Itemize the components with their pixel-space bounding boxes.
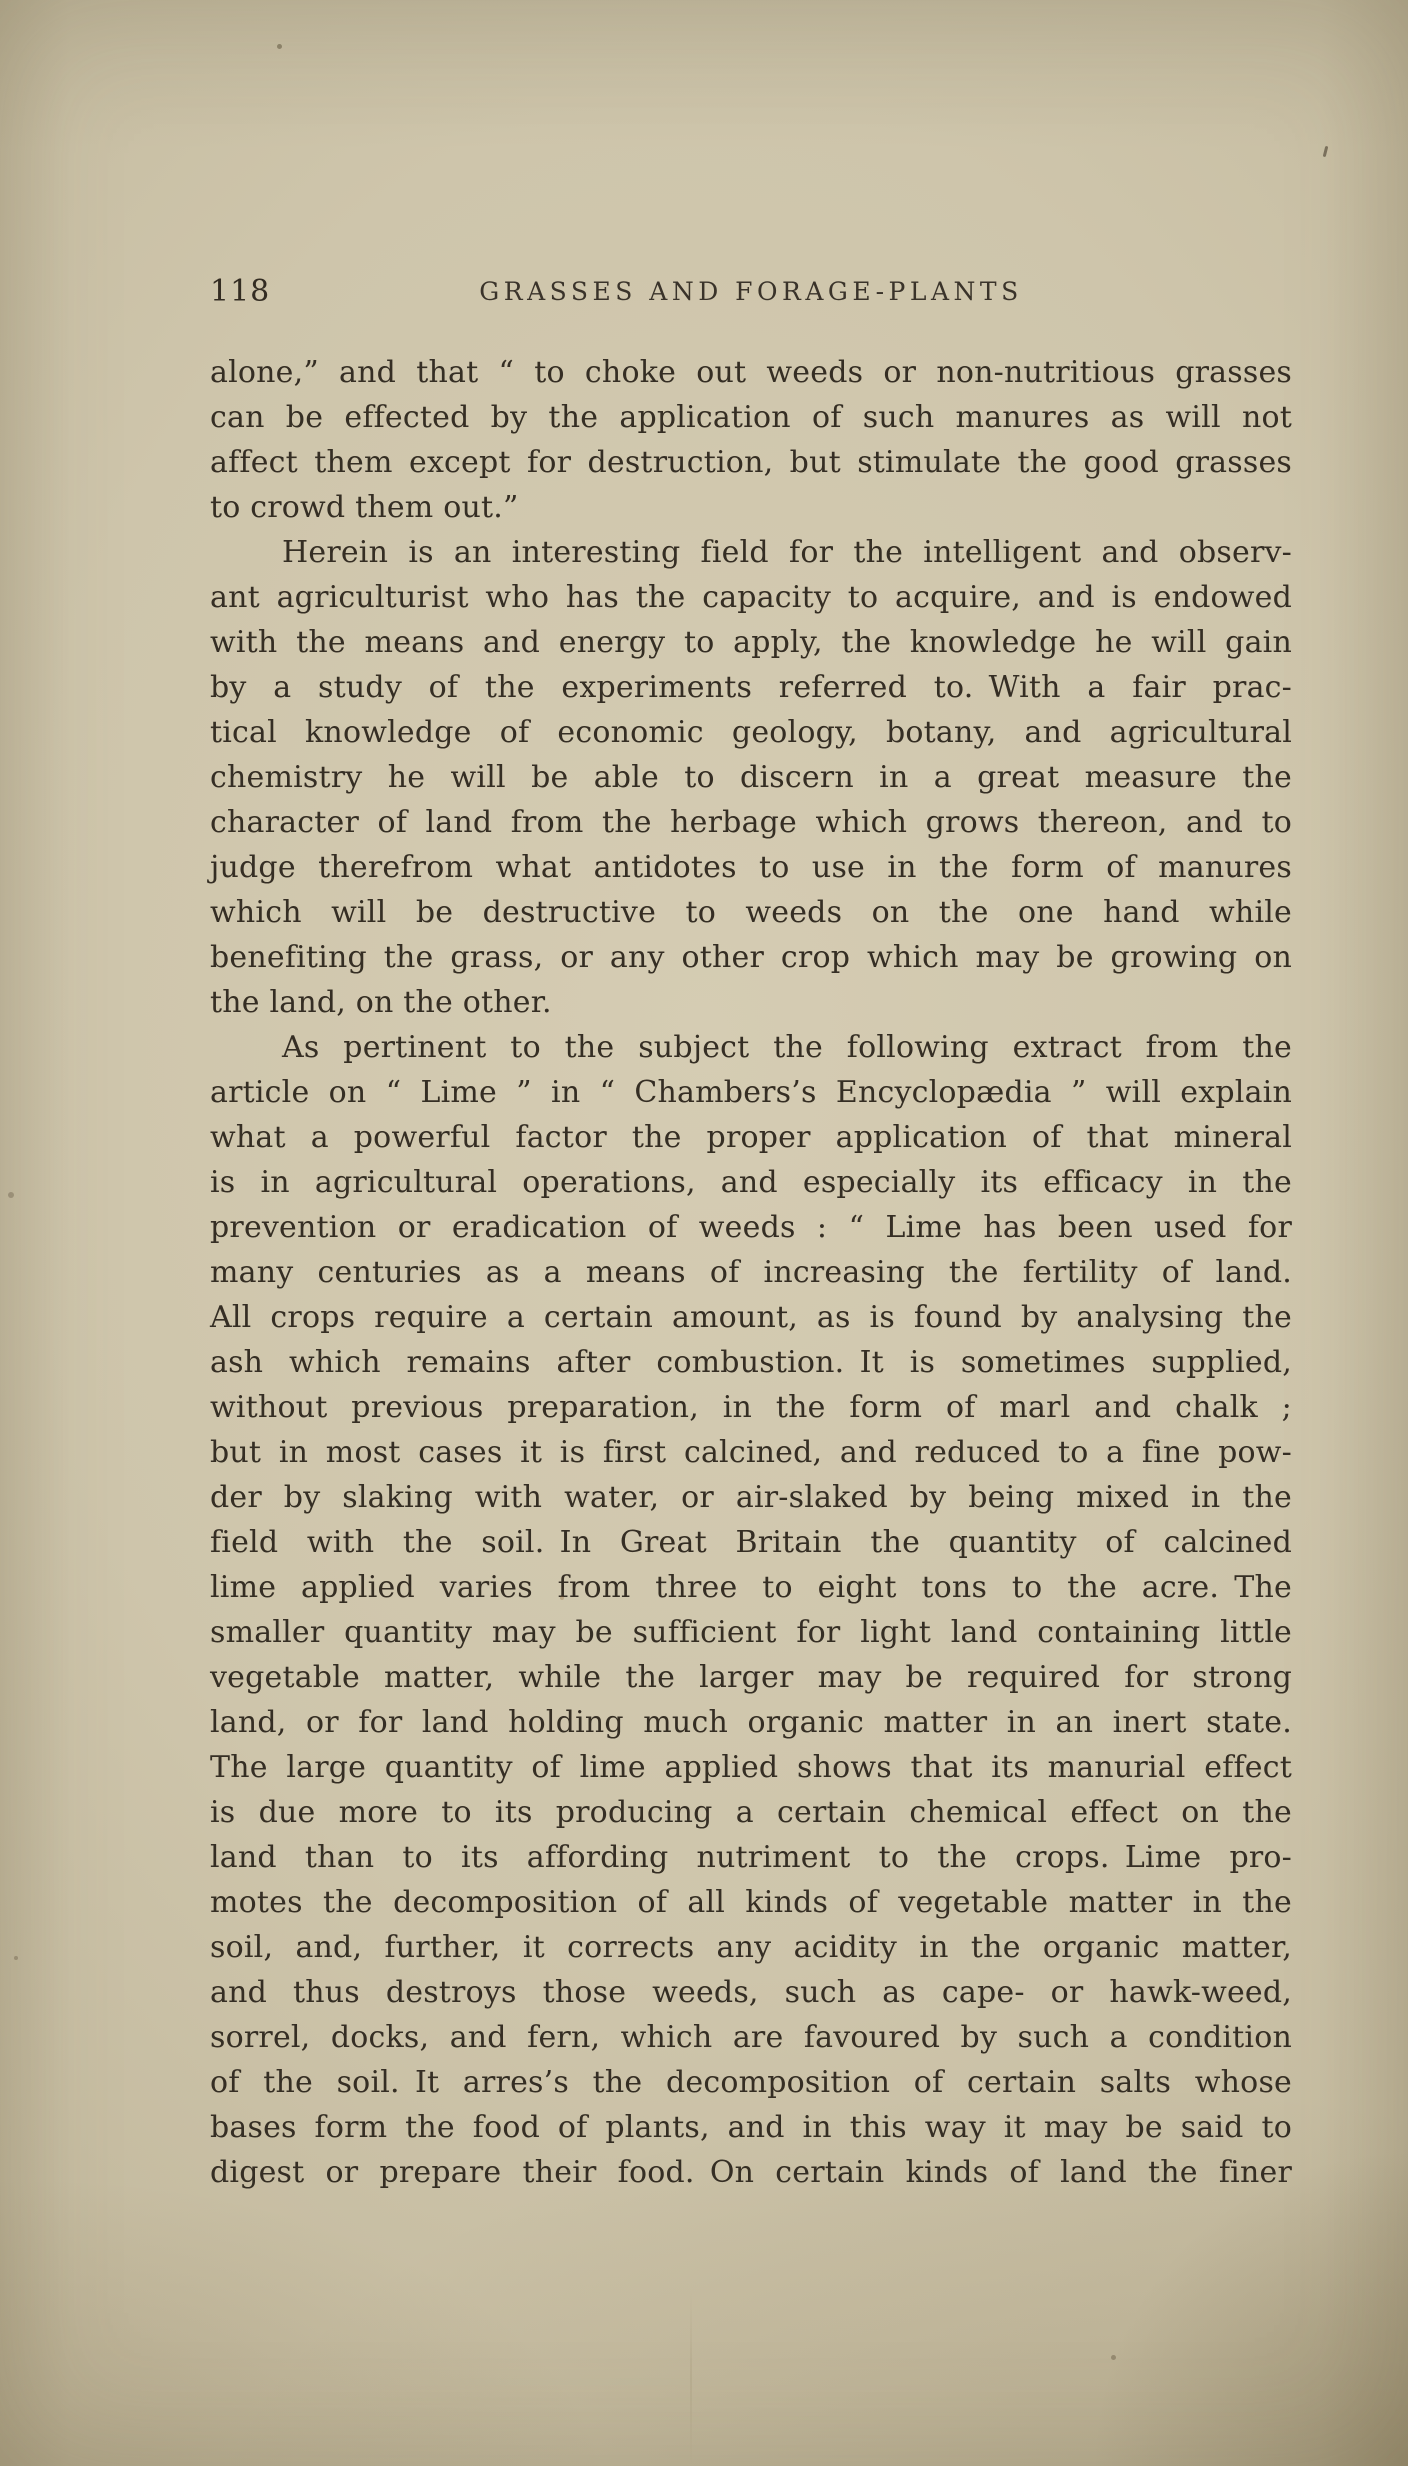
text-line: judge therefrom what antidotes to use in…: [210, 845, 1292, 890]
text-line: land than to its affording nutriment to …: [210, 1835, 1292, 1880]
text-line: many centuries as a means of increasing …: [210, 1250, 1292, 1295]
text-line: ant agriculturist who has the capacity t…: [210, 575, 1292, 620]
text-line: chemistry he will be able to discern in …: [210, 755, 1292, 800]
text-line: benefiting the grass, or any other crop …: [210, 935, 1292, 980]
text-line: smaller quantity may be sufficient for l…: [210, 1610, 1292, 1655]
text-line: the land, on the other.: [210, 980, 1292, 1025]
text-line: vegetable matter, while the larger may b…: [210, 1655, 1292, 1700]
text-line: without previous preparation, in the for…: [210, 1385, 1292, 1430]
text-line: soil, and, further, it corrects any acid…: [210, 1925, 1292, 1970]
text-line: Herein is an interesting field for the i…: [210, 530, 1292, 575]
text-line: All crops require a certain amount, as i…: [210, 1295, 1292, 1340]
text-line: der by slaking with water, or air-slaked…: [210, 1475, 1292, 1520]
text-line: is due more to its producing a certain c…: [210, 1790, 1292, 1835]
text-line: land, or for land holding much organic m…: [210, 1700, 1292, 1745]
paper-fold-line: [690, 2290, 692, 2466]
text-line: and thus destroys those weeds, such as c…: [210, 1970, 1292, 2015]
paper-speck: [14, 1956, 18, 1960]
text-line: ash which remains after combustion. It i…: [210, 1340, 1292, 1385]
text-line: bases form the food of plants, and in th…: [210, 2105, 1292, 2150]
text-line: tical knowledge of economic geology, bot…: [210, 710, 1292, 755]
page-text-block: alone,” and that “ to choke out weeds or…: [210, 350, 1292, 2195]
text-line: can be effected by the application of su…: [210, 395, 1292, 440]
text-line: As pertinent to the subject the followin…: [210, 1025, 1292, 1070]
text-line: digest or prepare their food. On certain…: [210, 2150, 1292, 2195]
text-line: article on “ Lime ” in “ Chambers’s Ency…: [210, 1070, 1292, 1115]
paper-speck: [277, 44, 282, 49]
text-line: which will be destructive to weeds on th…: [210, 890, 1292, 935]
text-line: motes the decomposition of all kinds of …: [210, 1880, 1292, 1925]
text-line: to crowd them out.”: [210, 485, 1292, 530]
text-line: affect them except for destruction, but …: [210, 440, 1292, 485]
paper-speck: [8, 1192, 14, 1198]
book-page-scan: { "page": { "number": "118", "running_he…: [0, 0, 1408, 2466]
text-line: by a study of the experiments referred t…: [210, 665, 1292, 710]
text-line: is in agricultural operations, and espec…: [210, 1160, 1292, 1205]
text-line: sorrel, docks, and fern, which are favou…: [210, 2015, 1292, 2060]
text-line: field with the soil. In Great Britain th…: [210, 1520, 1292, 1565]
text-line: of the soil. It arres’s the decompositio…: [210, 2060, 1292, 2105]
text-line: with the means and energy to apply, the …: [210, 620, 1292, 665]
text-line: character of land from the herbage which…: [210, 800, 1292, 845]
text-line: lime applied varies from three to eight …: [210, 1565, 1292, 1610]
page-header: 118 GRASSES AND FORAGE-PLANTS: [210, 272, 1292, 310]
paper-speck: [1111, 2355, 1116, 2360]
stray-ink-mark: [1323, 146, 1329, 157]
running-header: GRASSES AND FORAGE-PLANTS: [210, 277, 1292, 306]
text-line: what a powerful factor the proper applic…: [210, 1115, 1292, 1160]
text-line: alone,” and that “ to choke out weeds or…: [210, 350, 1292, 395]
text-line: The large quantity of lime applied shows…: [210, 1745, 1292, 1790]
text-line: prevention or eradication of weeds : “ L…: [210, 1205, 1292, 1250]
text-line: but in most cases it is first calcined, …: [210, 1430, 1292, 1475]
